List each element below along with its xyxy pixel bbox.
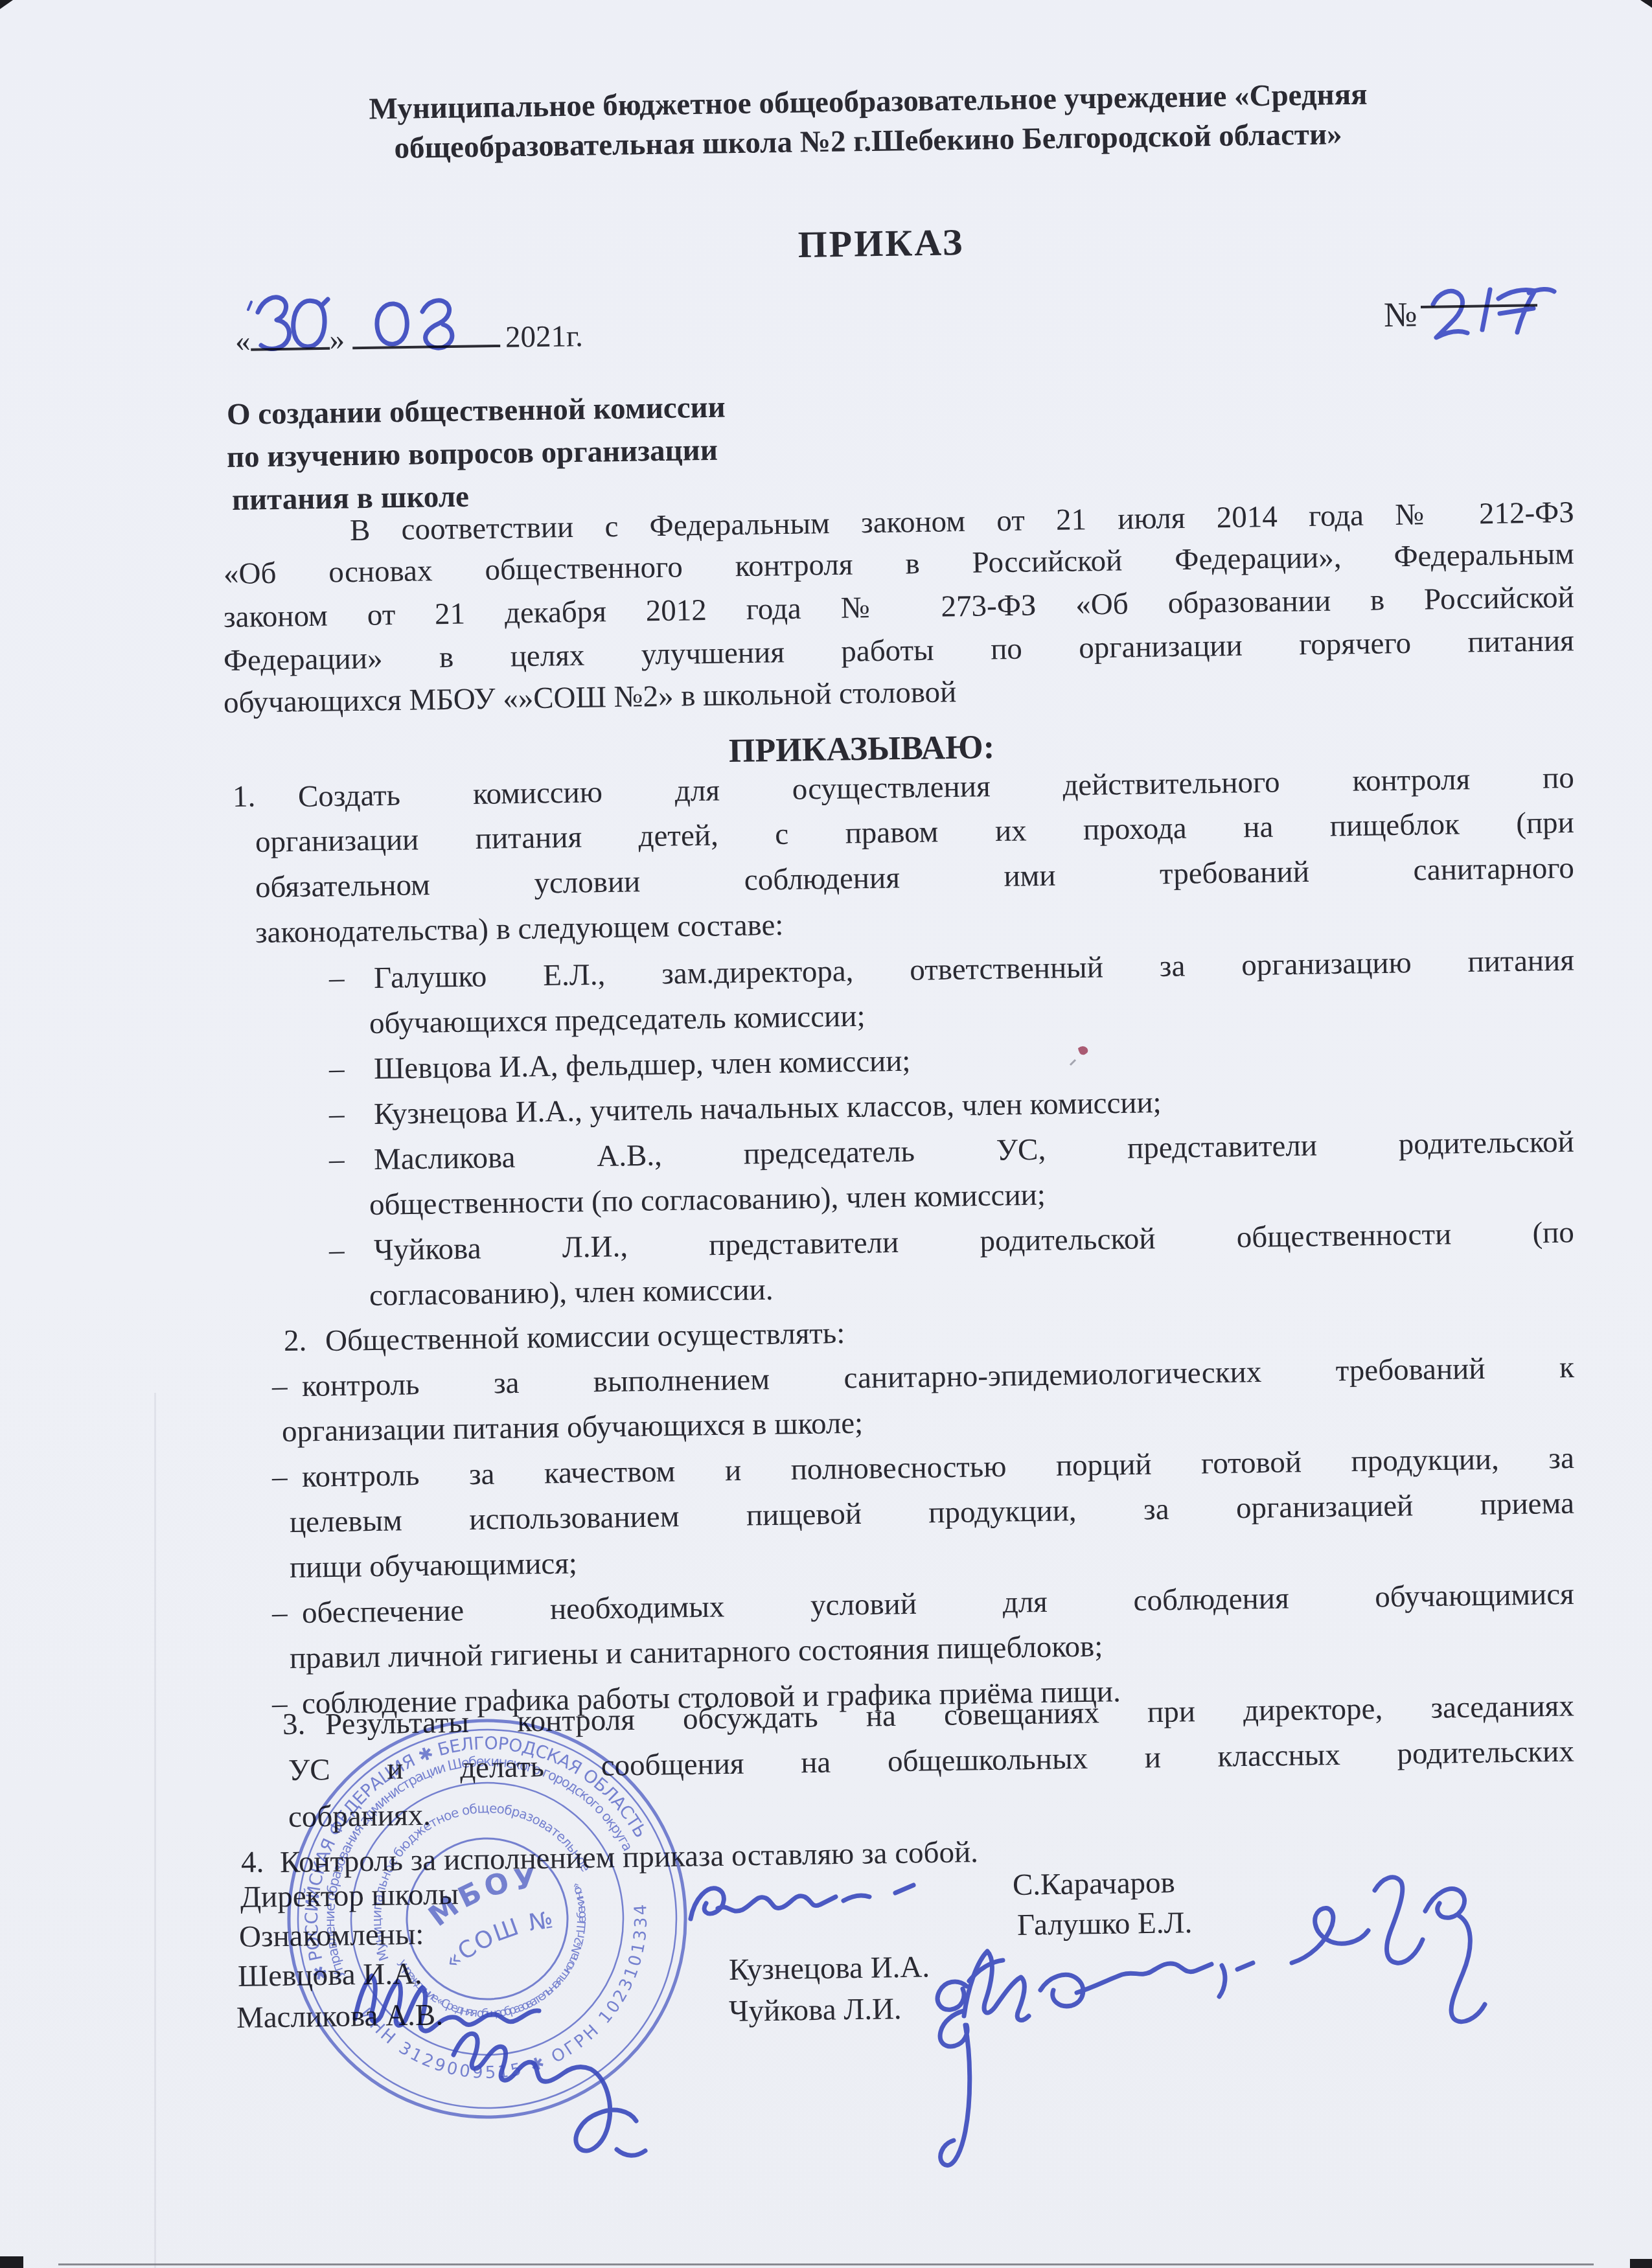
member-line: Чуйкова Л.И., представители родительской… xyxy=(374,1215,1575,1269)
item1-line: законодательства) в следующем составе: xyxy=(255,908,784,952)
duty-line: обеспечение необходимых условий для собл… xyxy=(302,1577,1575,1632)
scan-corner-artifact xyxy=(1630,2259,1652,2268)
item1-number: 1. xyxy=(233,779,256,815)
order-number-blank xyxy=(1421,304,1537,308)
item3-line: собраниях. xyxy=(288,1798,431,1836)
member-line: Галушко Е.Л., зам.директора, ответственн… xyxy=(374,943,1575,997)
signature-kuznetsova xyxy=(964,1951,1253,2020)
intro-line: обучающихся МБОУ «»СОШ №2» в школьной ст… xyxy=(224,674,957,721)
scan-corner-artifact xyxy=(0,2256,23,2268)
order-number-label: № xyxy=(1384,294,1417,336)
member-line: Шевцова И.А, фельдшер, член комиссии; xyxy=(374,1044,911,1088)
signee-galushko: Галушко Е.Л. xyxy=(1017,1905,1193,1943)
list-dash: – xyxy=(329,961,345,997)
signature-galushko xyxy=(1292,1877,1485,2022)
scan-corner-artifact xyxy=(0,0,13,9)
member-line: согласованию), член комиссии. xyxy=(369,1272,774,1314)
list-dash: – xyxy=(272,1369,288,1405)
item4-number: 4. xyxy=(241,1844,264,1881)
date-year: 2021г. xyxy=(505,319,583,354)
list-dash: – xyxy=(329,1142,345,1178)
list-dash: – xyxy=(329,1051,345,1088)
item3-line: УС и делать сообщения на общешкольных и … xyxy=(288,1734,1575,1789)
date-quote-open: « xyxy=(235,325,251,358)
signature-chuikova xyxy=(937,1960,1003,2166)
acknowledged-label: Ознакомлены: xyxy=(239,1917,424,1956)
item2-text: Общественной комиссии осуществлять: xyxy=(325,1316,845,1359)
duty-line: правил личной гигиены и санитарного сост… xyxy=(290,1629,1103,1677)
list-dash: – xyxy=(329,1233,345,1269)
date-month-blank xyxy=(352,315,501,349)
date-line: «»2021г. xyxy=(235,314,584,360)
doc-type-title: ПРИКАЗ xyxy=(149,211,1614,277)
list-dash: – xyxy=(272,1460,288,1496)
item3-number: 3. xyxy=(282,1706,306,1743)
date-quote-close: » xyxy=(329,323,345,356)
member-line: Масликова А.В., председатель УС, предста… xyxy=(374,1125,1575,1178)
red-pen-mark xyxy=(1070,1046,1088,1065)
list-dash: – xyxy=(272,1596,288,1632)
item2-number: 2. xyxy=(284,1323,307,1359)
signee-chuikova: Чуйкова Л.И. xyxy=(729,1991,902,2030)
member-line: общественности (по согласованию), член к… xyxy=(369,1178,1046,1224)
item4-text: Контроль за исполнением приказа оставляю… xyxy=(280,1835,979,1881)
scan-edge-line xyxy=(58,2263,1594,2265)
director-label: Директор школы xyxy=(240,1877,459,1916)
signee-maslikova: Масликова А.В. xyxy=(236,1997,444,2036)
duty-line: пищи обучающимися; xyxy=(290,1546,578,1586)
signature-maslikova xyxy=(453,2033,645,2155)
duty-line: контроль за выполнением санитарно-эпидем… xyxy=(302,1350,1575,1405)
signature-director xyxy=(691,1885,913,1919)
item1-line: организации питания детей, с правом их п… xyxy=(255,805,1575,861)
scanned-order-document: Муниципальное бюджетное общеобразователь… xyxy=(0,0,1652,2268)
scan-corner-artifact xyxy=(1640,0,1652,8)
signee-kuznetsova: Кузнецова И.А. xyxy=(729,1949,930,1988)
list-dash: – xyxy=(329,1097,345,1133)
handwritten-number xyxy=(1433,289,1554,338)
subject-line: О создании общественной комиссии xyxy=(227,390,726,433)
signee-shevtsova: Шевцова И.А. xyxy=(238,1956,422,1995)
member-line: обучающихся председатель комиссии; xyxy=(369,999,866,1042)
duty-line: контроль за качеством и полновесностью п… xyxy=(302,1441,1575,1496)
member-line: Кузнецова И.А., учитель начальных классо… xyxy=(374,1085,1162,1132)
duty-line: целевым использованием пищевой продукции… xyxy=(290,1486,1575,1541)
subject-line: по изучению вопросов организации xyxy=(227,433,718,476)
director-name: С.Карачаров xyxy=(1013,1865,1176,1903)
duty-line: организации питания обучающихся в школе; xyxy=(282,1406,864,1450)
item1-line: обязательном условии соблюдения ими треб… xyxy=(255,851,1575,906)
date-day-blank xyxy=(250,317,330,351)
paper-crease xyxy=(154,1393,156,2268)
